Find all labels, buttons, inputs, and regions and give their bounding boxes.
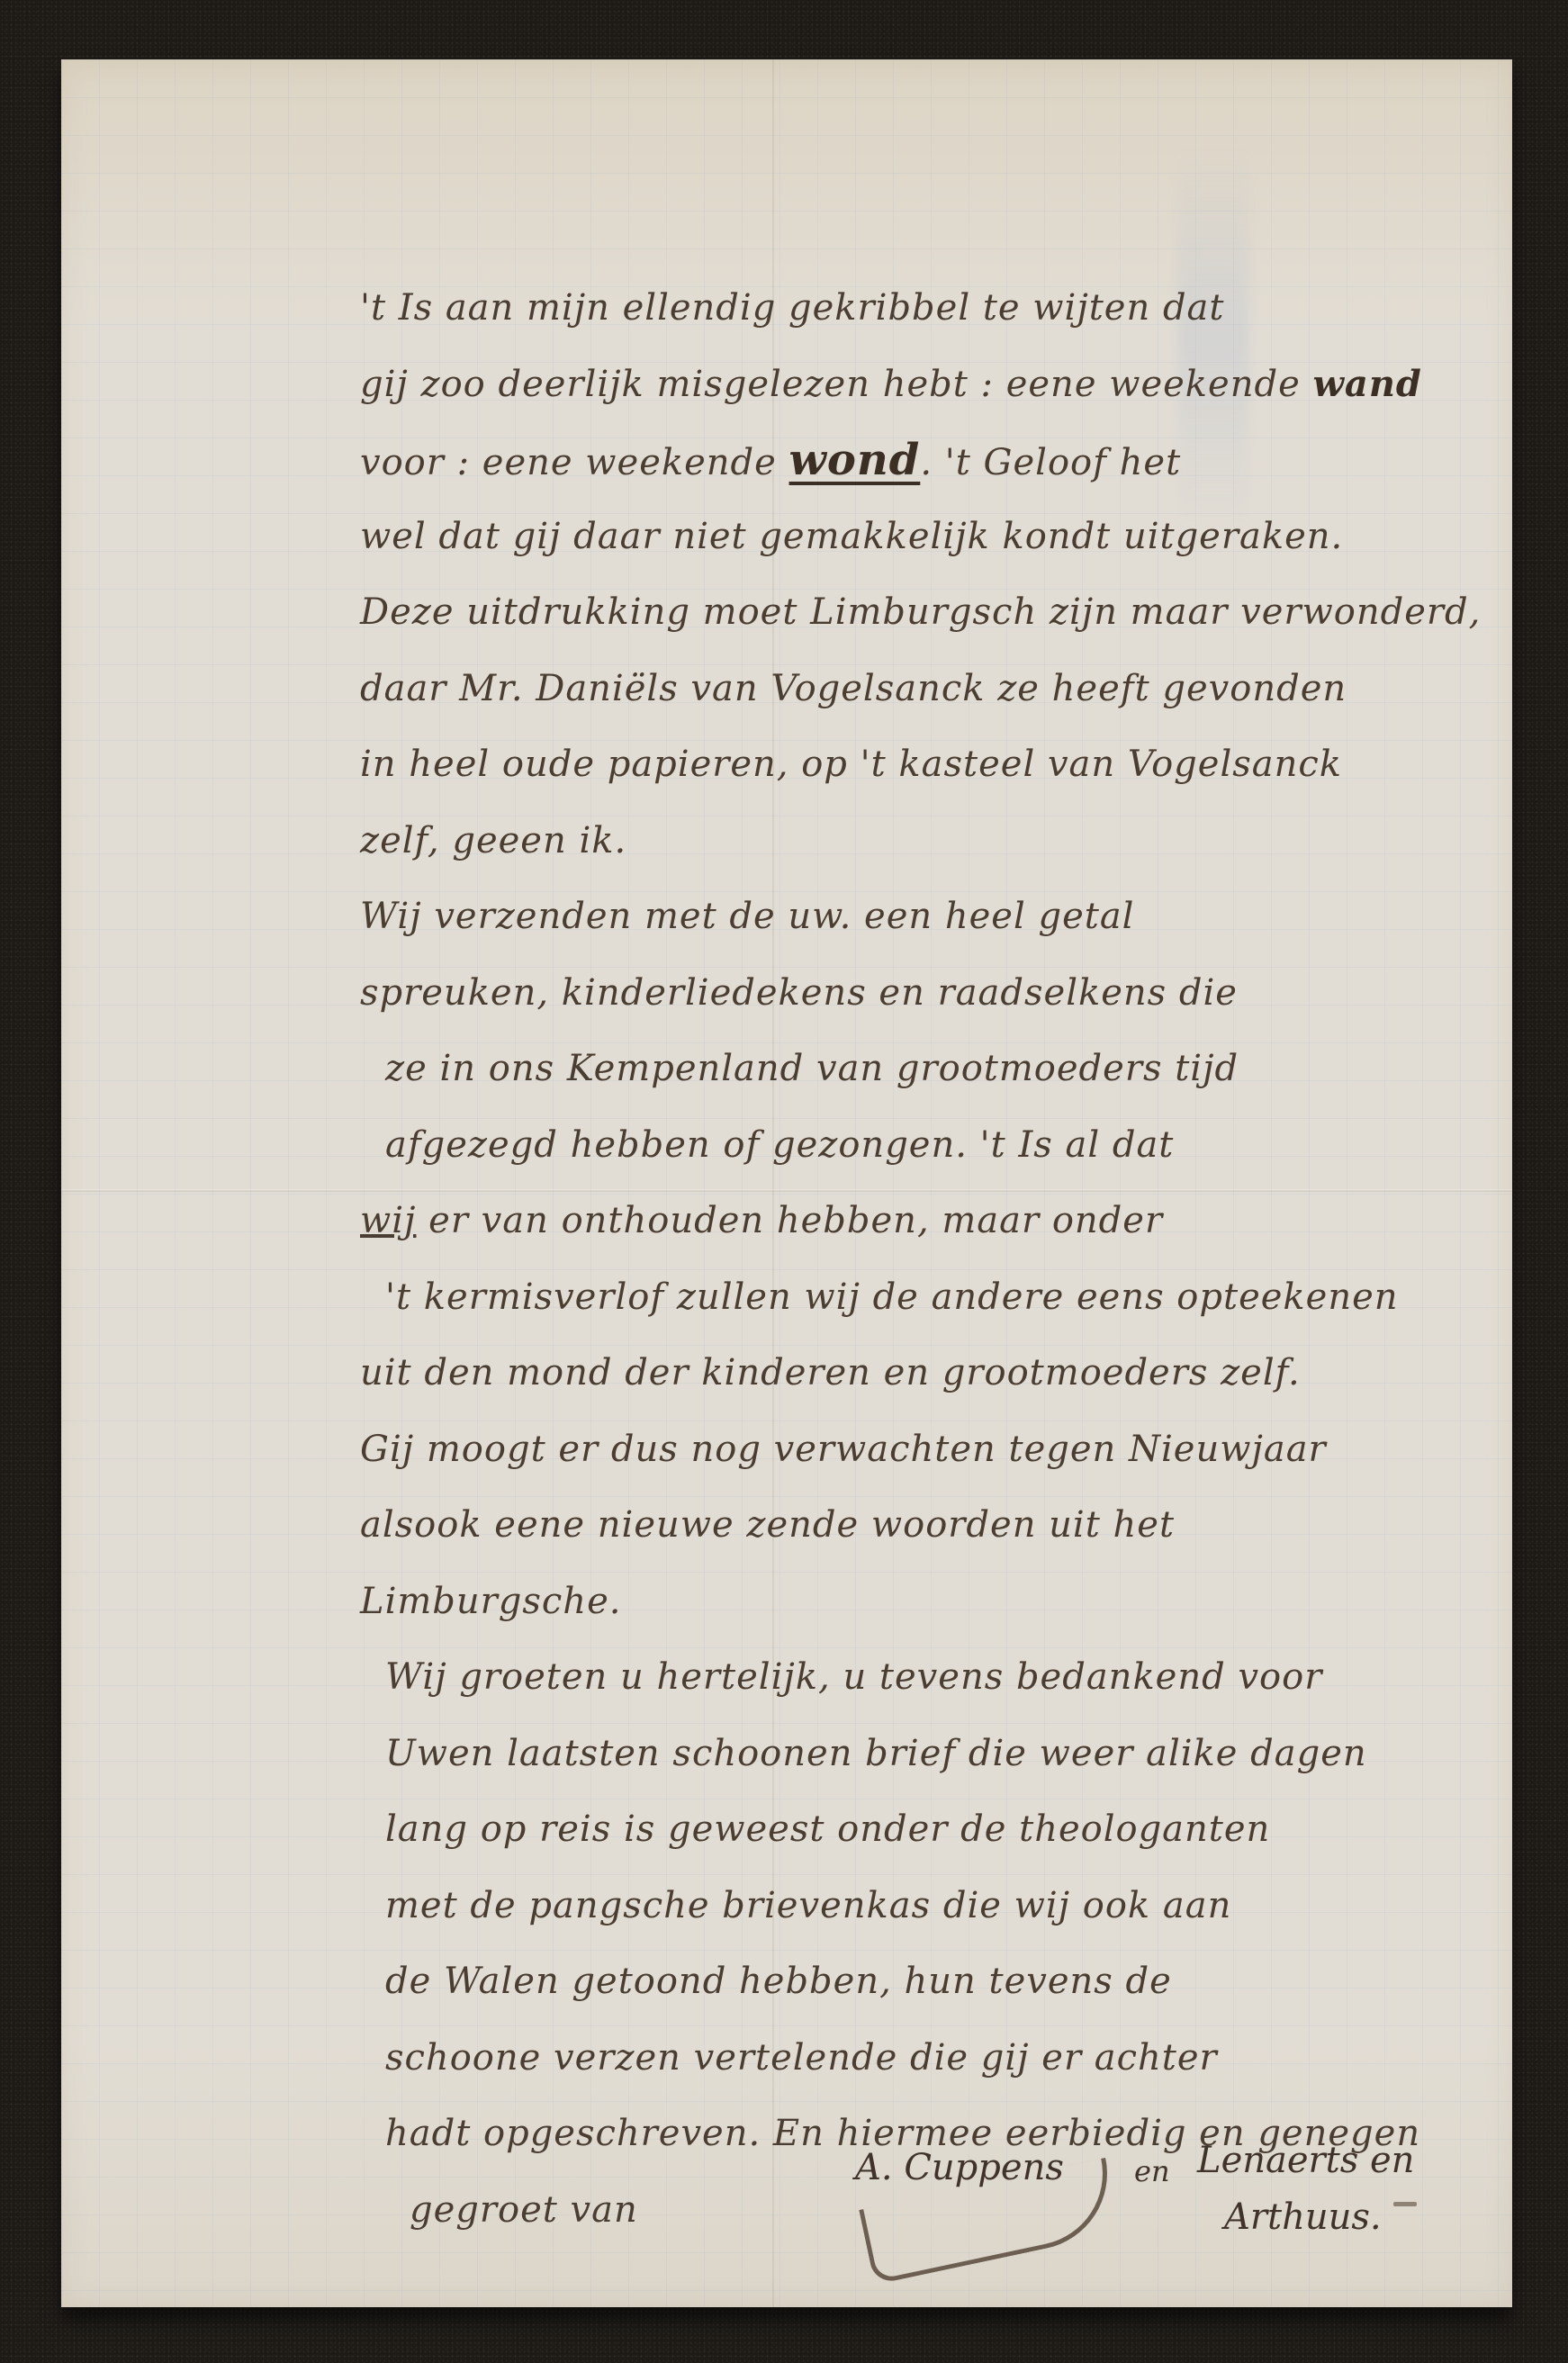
underlined-word-wij: wij	[360, 1200, 416, 1241]
underlined-word-wond: wond	[789, 435, 921, 485]
letter-line-14: 't kermisverlof zullen wij de andere een…	[360, 1259, 1494, 1336]
letter-line-13: wij er van onthouden hebben, maar onder	[360, 1183, 1494, 1259]
signature-connector: en	[1134, 2154, 1170, 2188]
letter-line-18: Limburgsche.	[360, 1564, 1494, 1640]
letter-body: 't Is aan mijn ellendig gekribbel te wij…	[360, 270, 1494, 2248]
signature-co-signer: Lenaerts en	[1197, 2140, 1414, 2181]
letter-line-12: afgezegd hebben of gezongen. 't Is al da…	[360, 1107, 1494, 1184]
letter-line-4: wel dat gij daar niet gemakkelijk kondt …	[360, 499, 1494, 575]
letter-line-22: met de pangsche brievenkas die wij ook a…	[360, 1868, 1494, 1944]
letter-line-10: spreuken, kinderliedekens en raadselkens…	[360, 955, 1494, 1032]
letter-line-20: Uwen laatsten schoonen brief die weer al…	[360, 1716, 1494, 1792]
letter-line-6: daar Mr. Daniëls van Vogelsanck ze heeft…	[360, 651, 1494, 727]
letter-line-11: ze in ons Kempenland van grootmoeders ti…	[360, 1031, 1494, 1107]
letter-line-9: Wij verzenden met de uw. een heel getal	[360, 879, 1494, 955]
letter-line-19: Wij groeten u hertelijk, u tevens bedank…	[360, 1639, 1494, 1716]
emphasized-word-wand: wand	[1312, 363, 1421, 405]
letter-line-17: alsook eene nieuwe zende woorden uit het	[360, 1487, 1494, 1564]
ink-dash	[1393, 2202, 1417, 2206]
letter-line-24: schoone verzen vertelende die gij er ach…	[360, 2020, 1494, 2097]
letter-line-5: Deze uitdrukking moet Limburgsch zijn ma…	[360, 574, 1494, 651]
letter-line-8: zelf, geeen ik.	[360, 803, 1494, 879]
letter-line-23: de Walen getoond hebben, hun tevens de	[360, 1944, 1494, 2020]
letter-line-15: uit den mond der kinderen en grootmoeder…	[360, 1335, 1494, 1411]
letter-line-21: lang op reis is geweest onder de theolog…	[360, 1791, 1494, 1868]
letter-line-2: gij zoo deerlijk misgelezen hebt : eene …	[360, 347, 1494, 423]
letter-line-7: in heel oude papieren, op 't kasteel van…	[360, 726, 1494, 803]
signature-co-signer-2: Arthuus.	[1224, 2196, 1382, 2238]
letter-line-16: Gij moogt er dus nog verwachten tegen Ni…	[360, 1411, 1494, 1488]
letter-line-3: voor : eene weekende wond. 't Geloof het	[360, 422, 1494, 499]
letter-line-1: 't Is aan mijn ellendig gekribbel te wij…	[360, 270, 1494, 347]
